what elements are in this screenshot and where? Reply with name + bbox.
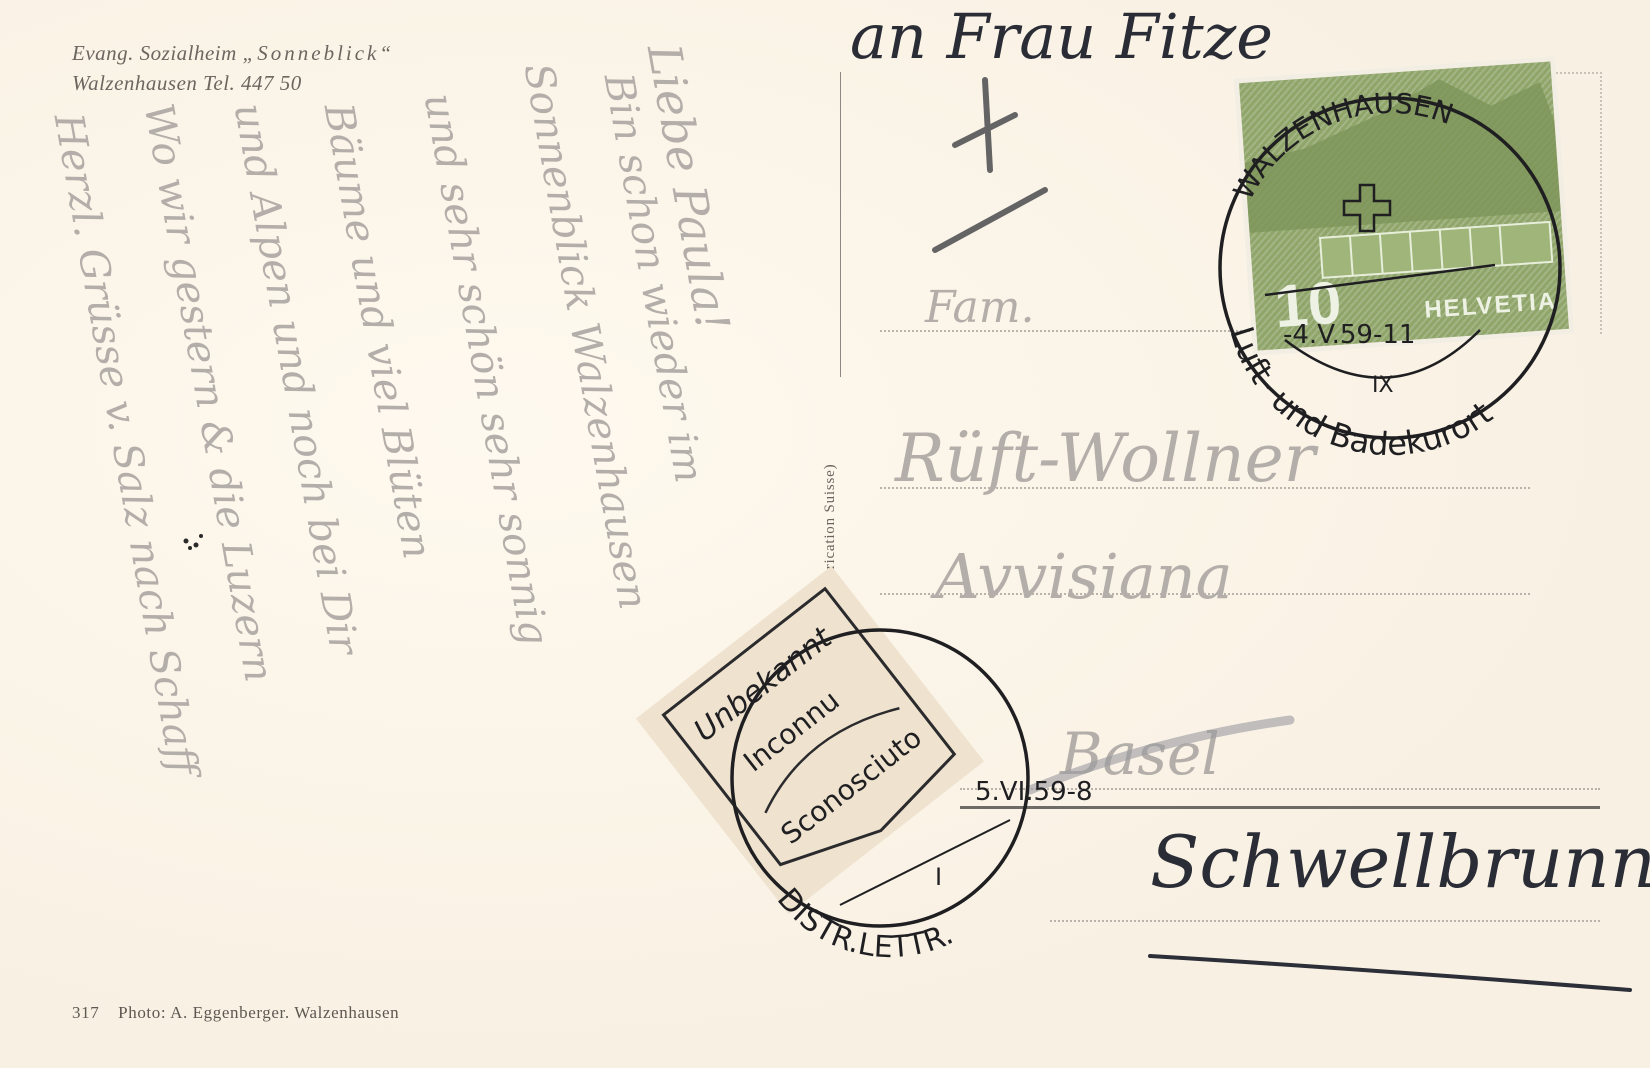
- return-postmark-sector: I: [935, 863, 942, 891]
- postmarks-and-marks: WALZENHAUSEN Luft- und Badekurort -4.V.5…: [0, 0, 1650, 1068]
- city-underline: [1150, 956, 1630, 990]
- return-postmark: DISTR.LETTR. 5.VI.59-8 I: [732, 630, 1093, 965]
- origin-postmark: WALZENHAUSEN Luft- und Badekurort -4.V.5…: [1220, 87, 1560, 464]
- postmark-date: -4.V.59-11: [1283, 320, 1415, 350]
- ink-specks: [184, 534, 204, 550]
- swiss-cross-icon: [1344, 185, 1390, 231]
- return-postmark-date: 5.VI.59-8: [975, 777, 1093, 807]
- postmark-town: WALZENHAUSEN: [1227, 87, 1458, 206]
- pencil-cross-mark: [955, 80, 1015, 170]
- card-number: 317: [72, 1003, 99, 1022]
- photo-credit: 317 Photo: A. Eggenberger. Walzenhausen: [72, 1003, 399, 1023]
- postcard-back: Evang. Sozialheim „Sonneblick“ Walzenhau…: [0, 0, 1650, 1068]
- pencil-slash-mark: [935, 190, 1045, 250]
- photographer-credit: Photo: A. Eggenberger. Walzenhausen: [118, 1003, 399, 1022]
- postmark-sector: IX: [1372, 373, 1394, 398]
